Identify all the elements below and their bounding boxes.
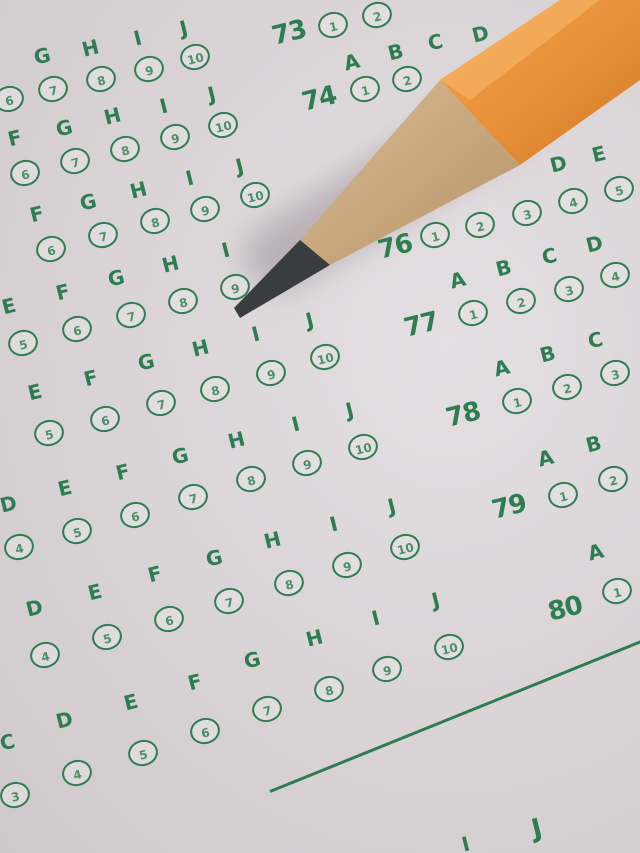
bubble[interactable]: 5	[601, 173, 636, 205]
choice-letter: F	[185, 669, 204, 696]
bubble[interactable]: 10	[307, 341, 342, 373]
bubble[interactable]: 5	[5, 327, 40, 359]
bubble[interactable]: 7	[249, 693, 284, 725]
bubble[interactable]: 4	[59, 757, 94, 789]
bubble[interactable]: 9	[329, 549, 364, 581]
choice-letter: F	[5, 125, 24, 152]
choice-letter: C	[585, 327, 605, 354]
choice-letter: J	[303, 307, 316, 332]
bubble[interactable]: 9	[157, 121, 192, 153]
choice-letter: G	[169, 442, 191, 469]
choice-letter: A	[535, 444, 556, 471]
bubble[interactable]: 6	[117, 499, 152, 531]
bubble[interactable]: 8	[271, 567, 306, 599]
bubble[interactable]: 7	[143, 387, 178, 419]
choice-letter: H	[225, 426, 247, 453]
choice-letter: I	[289, 411, 302, 436]
bubble[interactable]: 2	[549, 371, 584, 403]
bubble[interactable]: 1	[455, 297, 490, 329]
choice-letter: H	[261, 526, 283, 553]
choice-letter: F	[53, 279, 72, 306]
bubble[interactable]: 1	[599, 575, 634, 607]
choice-letter: G	[31, 42, 53, 69]
choice-letter: F	[113, 459, 132, 486]
bubble[interactable]: 8	[107, 133, 142, 165]
choice-letter: H	[159, 250, 181, 277]
choice-letter: I	[219, 237, 232, 262]
choice-letter: J	[205, 81, 218, 106]
choice-letter: B	[537, 341, 558, 368]
choice-letter: B	[493, 255, 514, 282]
bubble[interactable]: 1	[545, 479, 580, 511]
question-number: 78	[443, 396, 483, 433]
bubble[interactable]: 9	[369, 653, 404, 685]
bubble[interactable]: 10	[387, 531, 422, 563]
choice-letter: E	[55, 475, 74, 502]
choice-letter: E	[85, 579, 104, 606]
choice-letter: E	[25, 379, 44, 406]
bubble[interactable]: 10	[177, 41, 212, 73]
question-number: 73	[269, 14, 309, 51]
choice-letter: D	[469, 20, 491, 47]
choice-letter: D	[547, 150, 569, 177]
bubble[interactable]: 3	[509, 197, 544, 229]
bubble[interactable]: 9	[187, 193, 222, 225]
bubble[interactable]: 5	[31, 417, 66, 449]
bubble[interactable]: 10	[205, 109, 240, 141]
bubble[interactable]: 9	[253, 357, 288, 389]
choice-letter: D	[583, 230, 605, 257]
bubble[interactable]: 4	[27, 639, 62, 671]
bubble[interactable]: 2	[462, 209, 497, 241]
bubble[interactable]: 2	[389, 63, 424, 95]
bubble[interactable]: 5	[89, 621, 124, 653]
choice-letter: D	[23, 594, 45, 621]
choice-letter: G	[241, 646, 263, 673]
bubble[interactable]: 9	[131, 53, 166, 85]
bubble[interactable]: 7	[35, 73, 70, 105]
bubble[interactable]: 10	[431, 631, 466, 663]
choice-letter: J	[385, 493, 398, 518]
choice-letter: G	[135, 348, 157, 375]
choice-letter: G	[53, 114, 75, 141]
choice-letter: I	[369, 605, 382, 630]
choice-letter: I	[327, 511, 340, 536]
bubble[interactable]: 8	[137, 205, 172, 237]
choice-letter: E	[121, 689, 140, 716]
choice-letter: J	[429, 587, 442, 612]
choice-letter: I	[459, 831, 472, 853]
bubble[interactable]: 6	[33, 233, 68, 265]
bubble[interactable]: 9	[217, 271, 252, 303]
bubble[interactable]: 8	[197, 373, 232, 405]
choice-letter: E	[589, 141, 608, 168]
bubble[interactable]: 1	[417, 219, 452, 251]
answer-sheet: 73 74 76 77 78 79 80 1 2 1 2 A B C D 1 2…	[0, 0, 640, 853]
choice-letter: E	[0, 293, 18, 320]
bubble[interactable]: 6	[7, 157, 42, 189]
question-number: 80	[545, 590, 585, 627]
choice-letter: F	[81, 365, 100, 392]
bubble[interactable]: 8	[233, 463, 268, 495]
bubble[interactable]: 6	[151, 603, 186, 635]
question-number: 76	[375, 228, 415, 265]
bubble[interactable]: 4	[555, 185, 590, 217]
bubble[interactable]: 1	[499, 385, 534, 417]
bubble[interactable]: 8	[311, 673, 346, 705]
choice-letter: G	[105, 264, 127, 291]
choice-letter: B	[583, 431, 604, 458]
choice-letter: H	[101, 102, 123, 129]
choice-letter: F	[27, 201, 46, 228]
choice-letter: J	[177, 15, 190, 40]
bubble[interactable]: 7	[211, 585, 246, 617]
choice-letter: A	[447, 266, 468, 293]
bubble[interactable]: 6	[0, 83, 27, 115]
choice-letter: J	[233, 153, 246, 178]
choice-letter: J	[343, 397, 356, 422]
bubble[interactable]: 2	[359, 0, 394, 31]
choice-letter: D	[0, 490, 19, 517]
question-number: 74	[299, 80, 339, 117]
question-number: 79	[489, 488, 529, 525]
choice-letter: C	[425, 29, 445, 56]
choice-letter: I	[157, 93, 170, 118]
choice-letter: I	[131, 25, 144, 50]
choice-letter: D	[53, 706, 75, 733]
bubble[interactable]: 3	[551, 273, 586, 305]
bubble[interactable]: 2	[503, 285, 538, 317]
choice-letter: A	[585, 538, 606, 565]
choice-letter: I	[183, 165, 196, 190]
bubble[interactable]: 7	[57, 145, 92, 177]
choice-letter: B	[385, 39, 406, 66]
bubble[interactable]: 6	[59, 313, 94, 345]
choice-letter: C	[539, 243, 559, 270]
bubble[interactable]: 4	[597, 259, 632, 291]
bubble[interactable]: 9	[289, 447, 324, 479]
choice-letter: I	[249, 321, 262, 346]
choice-letter: A	[491, 354, 512, 381]
bubble[interactable]: 3	[597, 357, 632, 389]
choice-letter: A	[341, 48, 362, 75]
choice-letter: F	[145, 561, 164, 588]
bubble[interactable]: 5	[59, 515, 94, 547]
bubble[interactable]: 7	[175, 481, 210, 513]
choice-letter: H	[303, 624, 325, 651]
bubble[interactable]: 7	[113, 299, 148, 331]
bubble[interactable]: 7	[85, 219, 120, 251]
bubble[interactable]: 10	[345, 431, 380, 463]
question-number: 77	[401, 306, 441, 343]
bubble[interactable]: 6	[187, 715, 222, 747]
bubble[interactable]: 6	[87, 403, 122, 435]
bubble[interactable]: 8	[165, 285, 200, 317]
choice-letter: G	[203, 544, 225, 571]
choice-letter: H	[189, 334, 211, 361]
choice-letter: C	[0, 729, 17, 756]
bubble[interactable]: 1	[315, 9, 350, 41]
choice-letter: H	[127, 176, 149, 203]
bubble[interactable]: 1	[347, 73, 382, 105]
choice-letter: J	[529, 813, 546, 844]
bubble[interactable]: 4	[1, 531, 36, 563]
bubble[interactable]: 2	[595, 463, 630, 495]
choice-letter: G	[77, 188, 99, 215]
bubble[interactable]: 3	[0, 779, 33, 811]
bubble[interactable]: 8	[83, 63, 118, 95]
bubble[interactable]: 10	[237, 179, 272, 211]
choice-letter: H	[79, 34, 101, 61]
bubble[interactable]: 5	[125, 737, 160, 769]
